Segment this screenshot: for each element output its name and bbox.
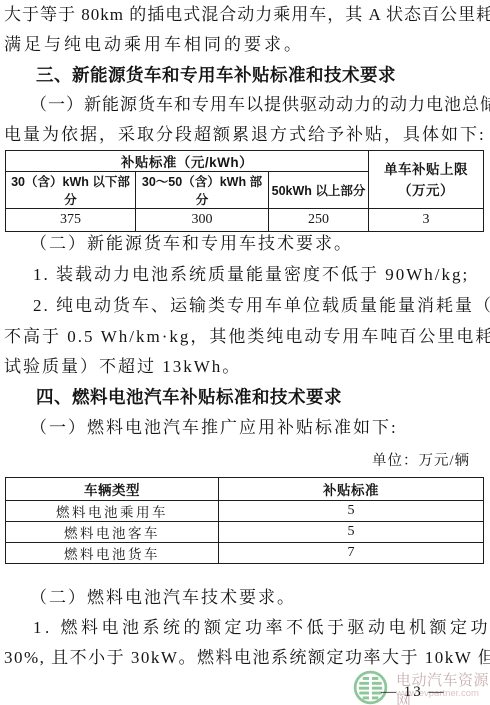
table-cell-tier1-value: 375 [6, 209, 136, 232]
table-row: 燃料电池乘用车 5 [6, 501, 484, 522]
section3-para1-line1: （一）新能源货车和专用车以提供驱动动力的动力电池总储 [30, 94, 490, 116]
section4-heading: 四、燃料电池汽车补贴标准和技术要求 [36, 386, 342, 408]
section3-item1: 1. 装载动力电池系统质量能量密度不低于 90Wh/kg; [33, 264, 469, 286]
section4-item1-line2: 30%, 且不小于 30kW。燃料电池系统额定功率大于 10kW 但小于 30k… [4, 647, 490, 669]
intro-line-2: 满足与纯电动乘用车相同的要求。 [4, 34, 304, 56]
limit-header-line1: 单车补贴上限 [369, 159, 483, 180]
table-cell-value: 5 [219, 522, 484, 543]
section3-para2: （二）新能源货车和专用车技术要求。 [30, 233, 353, 255]
section4-item1-line1: 1. 燃料电池系统的额定功率不低于驱动电机额定功率的 [33, 617, 490, 639]
section3-item2-line2: 不高于 0.5 Wh/km·kg，其他类纯电动专用车吨百公里电耗（按 [4, 326, 490, 348]
fuel-cell-subsidy-table: 车辆类型 补贴标准 燃料电池乘用车 5 燃料电池客车 5 燃料电池货车 7 [5, 477, 484, 564]
table-header-subsidy-standard: 补贴标准（元/kWh） [6, 151, 369, 172]
table-header-vehicle-type: 车辆类型 [6, 478, 219, 501]
table-cell-limit-value: 3 [369, 209, 484, 232]
section4-para1: （一）燃料电池汽车推广应用补贴标准如下: [30, 417, 398, 439]
section4-para2: （二）燃料电池汽车技术要求。 [30, 587, 296, 609]
table-cell-type: 燃料电池货车 [6, 543, 219, 564]
subsidy-tier-table: 补贴标准（元/kWh） 单车补贴上限 （万元） 30（含）kWh 以下部分 30… [5, 150, 484, 232]
table-cell-value: 5 [219, 501, 484, 522]
table-cell-tier2-value: 300 [136, 209, 269, 232]
page-number: — 13 — [381, 684, 446, 701]
section3-heading: 三、新能源货车和专用车补贴标准和技术要求 [36, 64, 396, 86]
table-unit-note: 单位：万元/辆 [372, 449, 470, 470]
section3-item2-line3: 试验质量）不超过 13kWh。 [4, 356, 241, 378]
section3-para1-line2: 电量为依据，采取分段超额累退方式给予补贴，具体如下: [4, 124, 486, 146]
table-row: 燃料电池货车 7 [6, 543, 484, 564]
table-header-tier-3: 50kWh 以上部分 [269, 172, 369, 209]
table-header-tier-2: 30～50（含）kWh 部分 [136, 172, 269, 209]
table-cell-value: 7 [219, 543, 484, 564]
limit-header-line2: （万元） [369, 180, 483, 201]
document-page: 大于等于 80km 的插电式混合动力乘用车，其 A 状态百公里耗电量 满足与纯电… [0, 0, 490, 705]
table-header-per-vehicle-limit: 单车补贴上限 （万元） [369, 151, 484, 209]
section3-item2-line1: 2. 纯电动货车、运输类专用车单位载质量能量消耗量（Ekg） [33, 295, 490, 317]
table-header-subsidy: 补贴标准 [219, 478, 484, 501]
intro-line-1: 大于等于 80km 的插电式混合动力乘用车，其 A 状态百公里耗电量 [4, 4, 490, 26]
table-cell-type: 燃料电池乘用车 [6, 501, 219, 522]
table-header-tier-1: 30（含）kWh 以下部分 [6, 172, 136, 209]
table-cell-type: 燃料电池客车 [6, 522, 219, 543]
table-row: 燃料电池客车 5 [6, 522, 484, 543]
table-cell-tier3-value: 250 [269, 209, 369, 232]
